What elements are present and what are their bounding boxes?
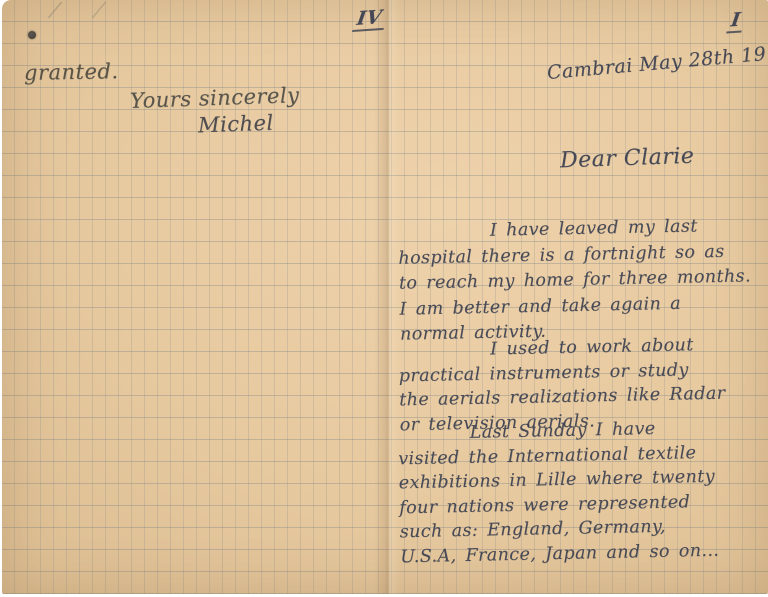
letter-line: U.S.A, France, Japan and so on...: [400, 540, 720, 571]
letter-paper: IV granted. Yours sincerely Michel I Cam…: [2, 0, 768, 594]
letter-scan: IV granted. Yours sincerely Michel I Cam…: [0, 0, 768, 597]
granted-note: granted.: [24, 59, 119, 85]
page-number-right: I: [726, 8, 745, 33]
signature: Michel: [198, 111, 274, 138]
salutation: Dear Clarie: [560, 144, 695, 174]
paragraph-3: Last Sunday I have visited the Internati…: [397, 418, 719, 572]
letter-closing: Yours sincerely: [130, 83, 300, 113]
pencil-mark: [47, 2, 106, 18]
center-fold-crease: [374, 0, 400, 594]
hole-punch-dot: [28, 31, 36, 39]
paragraph-1: I have leaved my last hospital there is …: [398, 215, 753, 350]
page-number-left: IV: [352, 6, 386, 32]
dateline: Cambrai May 28th 19…: [546, 41, 768, 84]
